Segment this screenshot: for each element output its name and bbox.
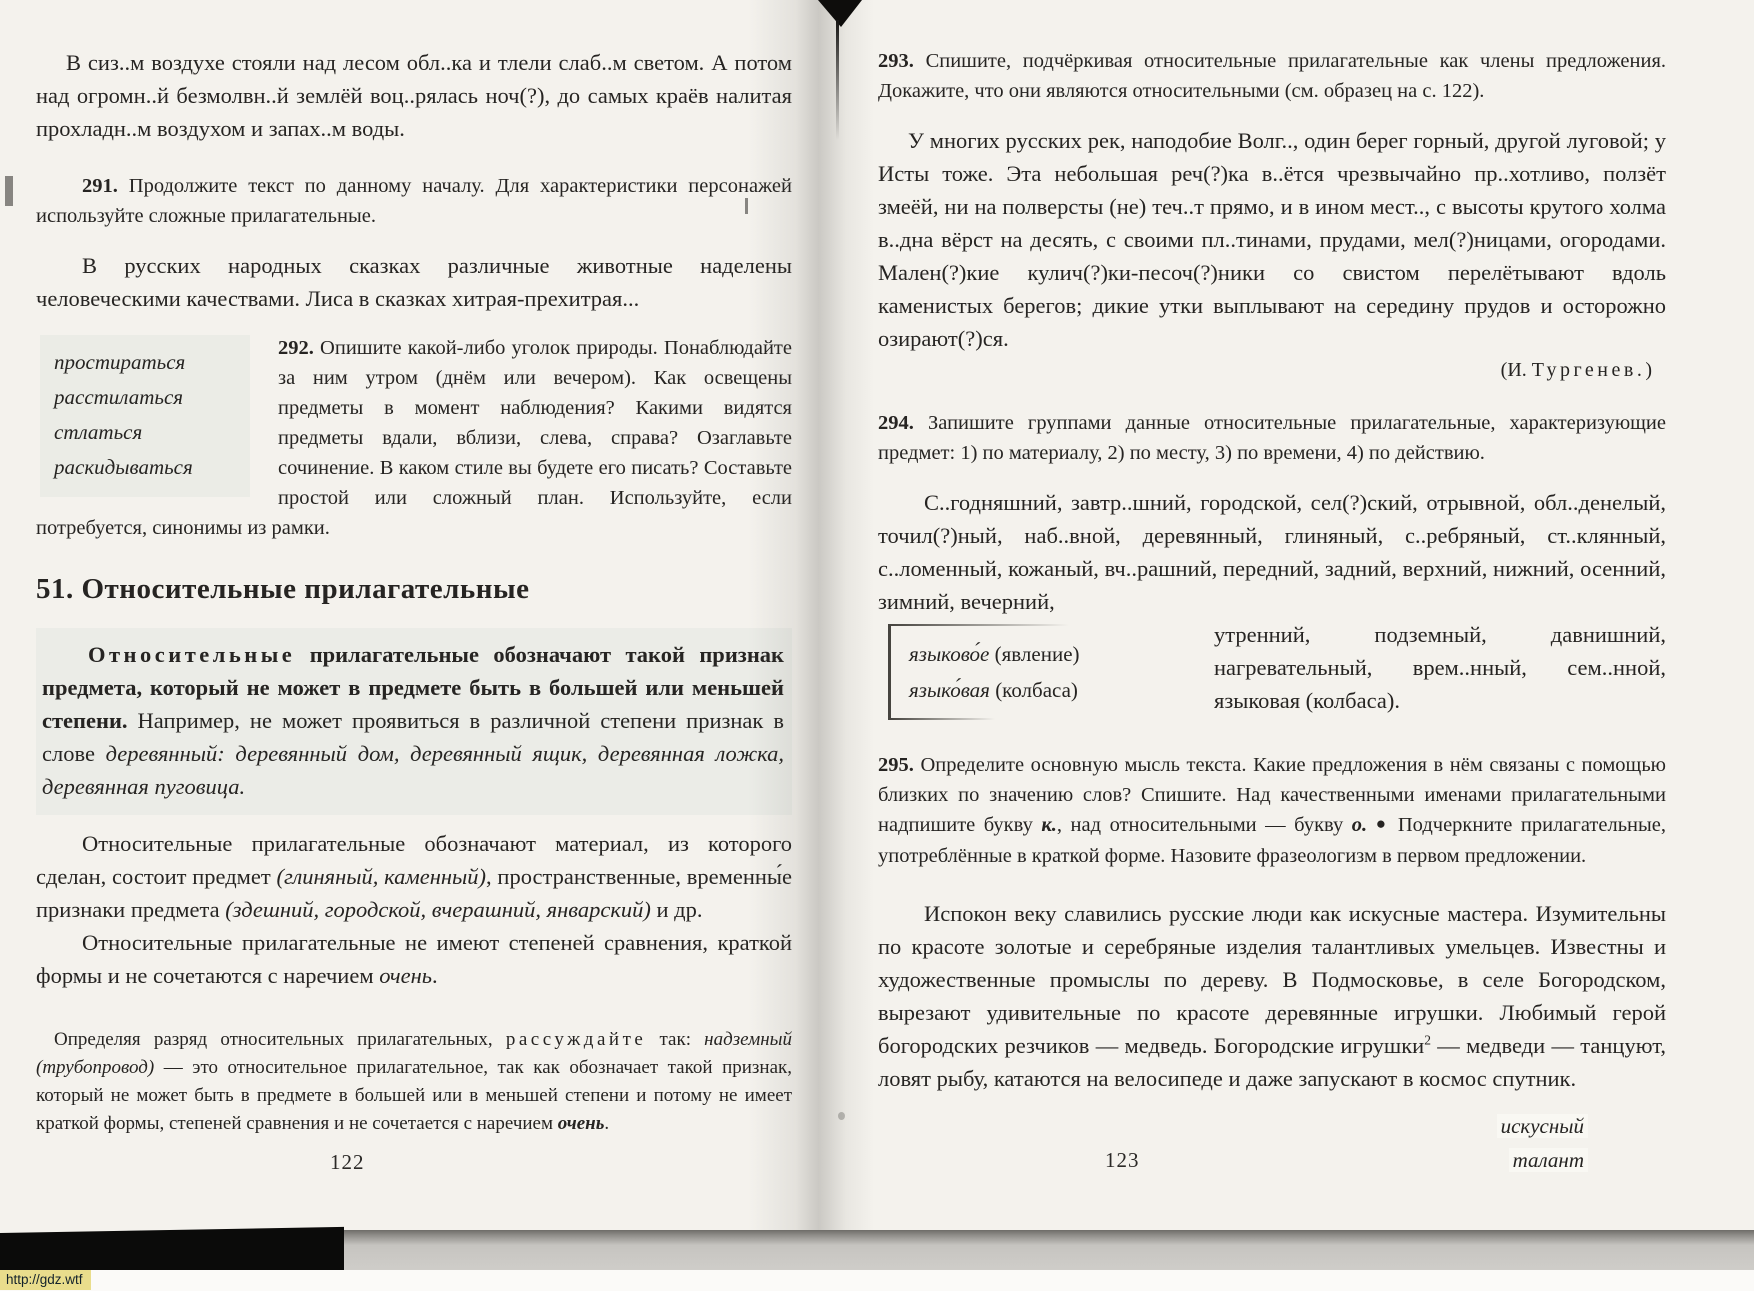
left-page: В сиз..м воздухе стояли над лесом обл..к… [36, 46, 792, 1138]
section-title: Относительные прилагательные [82, 573, 530, 605]
definition-lead: Относительные [88, 642, 295, 667]
material-paragraph: Относительные прилагательные обозначают … [36, 827, 792, 926]
synonym-item: стлаться [54, 415, 240, 450]
page-number-left: 122 [330, 1150, 365, 1175]
definition-examples: деревянный: деревянный дом, деревянный я… [42, 741, 784, 799]
masters-text: Испокон веку славились русские люди как … [878, 897, 1666, 1095]
scan-speck [5, 176, 13, 206]
bullet-icon: ● [1376, 814, 1390, 833]
exercise-295: 295. Определите основную мысль текста. К… [878, 750, 1666, 871]
scan-speck [745, 198, 748, 214]
turgenev-attribution: (И. Тургенев.) [878, 359, 1666, 382]
scan-speck [838, 1112, 845, 1120]
no-degrees-paragraph: Относительные прилагательные не имеют ст… [36, 926, 792, 992]
right-page: 293. Спишите, подчёркивая относительные … [878, 46, 1666, 1177]
synonym-item: раскидываться [54, 450, 240, 485]
fairytale-paragraph: В русских народных сказках различные жив… [36, 249, 792, 315]
book-scan: В сиз..м воздухе стояли над лесом обл..к… [0, 0, 1754, 1291]
exercise-292-block: простираться расстилаться стлаться раски… [36, 333, 792, 543]
exercise-292-number: 292. [278, 337, 314, 359]
synonym-box: простираться расстилаться стлаться раски… [40, 335, 250, 497]
margin-word: талант [1509, 1148, 1588, 1172]
stress-box: языково́е (явление) языко́вая (колбаса) [888, 624, 1188, 720]
scan-black-band [0, 1226, 344, 1270]
definition-block: Относительные прилагательные обозначают … [36, 628, 792, 815]
page-number-right: 123 [1105, 1148, 1140, 1173]
exercise-293-number: 293. [878, 50, 914, 72]
gutter-crease-line [836, 20, 839, 140]
stress-word-1: языково́е [909, 642, 989, 666]
margin-vocabulary: искусный талант [878, 1109, 1666, 1177]
adjectives-list-part1: С..годняшний, завтр..шний, городской, се… [878, 486, 1666, 618]
synonym-item: простираться [54, 345, 240, 380]
scan-bottom-margin [0, 1270, 1754, 1291]
adjectives-wrap-row: языково́е (явление) языко́вая (колбаса) … [878, 618, 1666, 724]
footnote-mark: 2 [1424, 1033, 1431, 1048]
exercise-291-task: Продолжите текст по данному началу. Для … [36, 175, 792, 227]
page-edge-band [344, 1230, 1754, 1270]
section-heading: 51. Относительные прилагательные [36, 573, 792, 606]
stress-word-2: языко́вая [909, 678, 990, 702]
margin-word: искусный [1497, 1114, 1588, 1138]
usage-note: Определяя разряд относительных прилагате… [36, 1026, 792, 1138]
turgenev-text: У многих русских рек, наподобие Волг.., … [878, 124, 1666, 355]
section-number: 51. [36, 573, 74, 605]
exercise-291: 291. Продолжите текст по данному началу.… [36, 171, 792, 231]
bookmark-ribbon-icon [818, 0, 862, 27]
book-gutter-shadow [748, 0, 874, 1232]
intro-paragraph: В сиз..м воздухе стояли над лесом обл..к… [36, 46, 792, 145]
exercise-295-number: 295. [878, 754, 914, 776]
exercise-294-task: Запишите группами данные относительные п… [878, 412, 1666, 464]
exercise-293: 293. Спишите, подчёркивая относительные … [878, 46, 1666, 106]
exercise-291-number: 291. [82, 175, 118, 197]
synonym-item: расстилаться [54, 380, 240, 415]
exercise-294-number: 294. [878, 412, 914, 434]
watermark: http://gdz.wtf [0, 1270, 91, 1290]
exercise-294: 294. Запишите группами данные относитель… [878, 408, 1666, 468]
exercise-293-task: Спишите, подчёркивая относительные прила… [878, 50, 1666, 102]
